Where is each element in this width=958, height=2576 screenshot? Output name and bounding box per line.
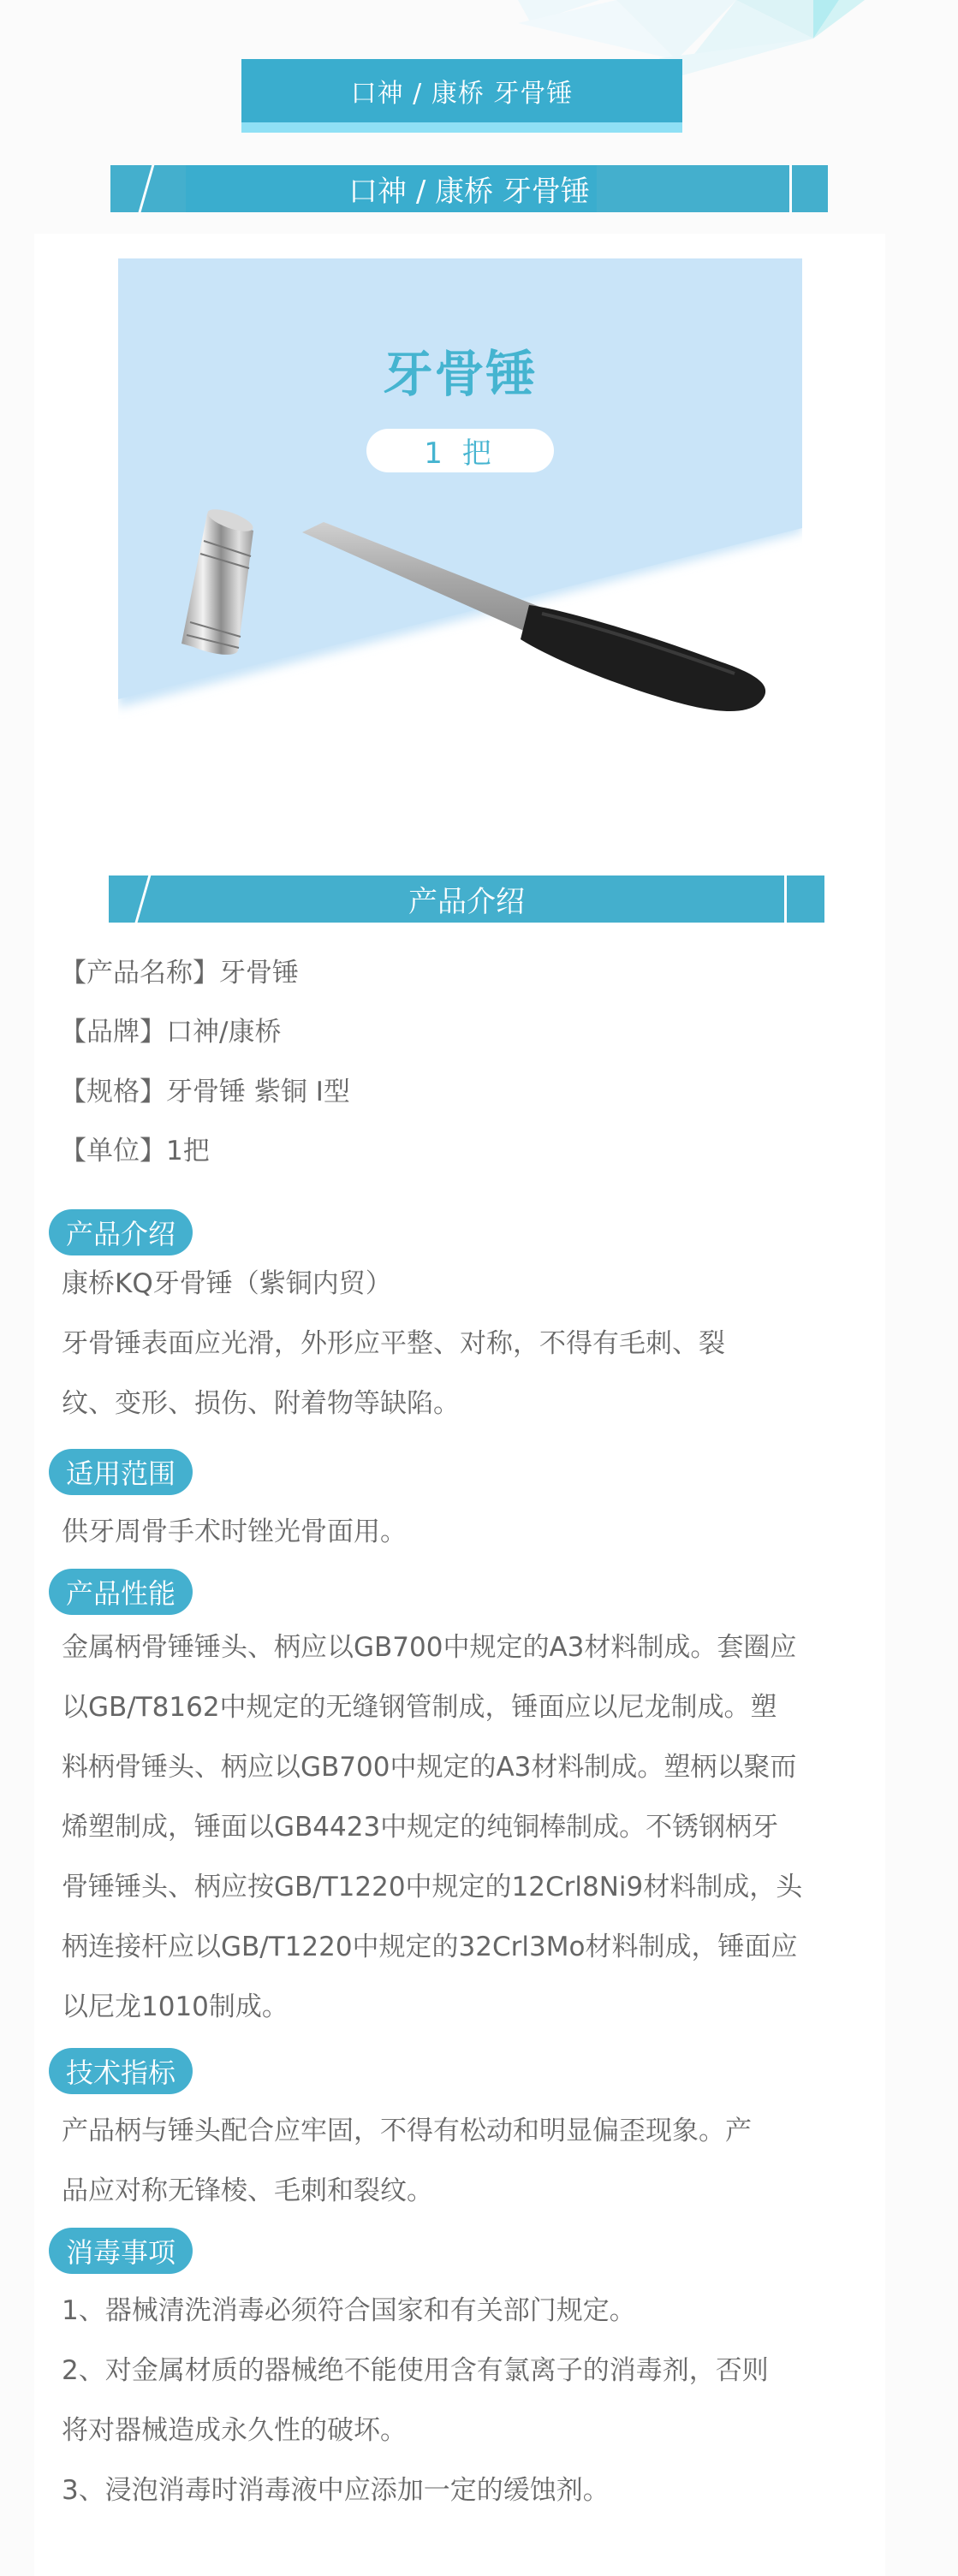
section-badge-intro: 产品介绍 (49, 1209, 193, 1255)
spec-product-name: 【产品名称】牙骨锤 (60, 956, 299, 990)
section-text-line: 将对器械造成永久性的破坏。 (62, 2413, 407, 2448)
banner-divider (784, 875, 787, 923)
section-text-line: 以尼龙1010制成。 (62, 1990, 289, 2024)
section-badge-performance: 产品性能 (49, 1569, 193, 1615)
section-text-line: 康桥KQ牙骨锤（紫铜内贸） (62, 1267, 392, 1301)
section-text-line: 3、浸泡消毒时消毒液中应添加一定的缓蚀剂。 (62, 2473, 610, 2508)
section-text-line: 纹、变形、损伤、附着物等缺陷。 (62, 1386, 460, 1421)
top-title-underline (241, 122, 682, 133)
section-text-line: 骨锤锤头、柄应按GB/T1220中规定的12Crl8Ni9材料制成，头 (62, 1870, 802, 1904)
product-intro-banner-title: 产品介绍 (408, 878, 525, 920)
subtitle-text: 口神 / 康桥 牙骨锤 (348, 168, 590, 210)
spec-unit: 【单位】1把 (60, 1134, 210, 1168)
spec-model: 【规格】牙骨锤 紫铜 I型 (60, 1075, 350, 1109)
quantity-pill: 1 把 (366, 429, 554, 472)
spec-brand: 【品牌】口神/康桥 (60, 1015, 281, 1049)
section-badge-disinfection: 消毒事项 (49, 2228, 193, 2274)
product-intro-banner: 产品介绍 (109, 875, 824, 923)
section-text-line: 柄连接杆应以GB/T1220中规定的32Crl3Mo材料制成，锤面应 (62, 1930, 797, 1964)
product-hero: 牙骨锤 1 把 (118, 258, 802, 721)
slash-decoration (134, 875, 152, 923)
section-badge-scope: 适用范围 (49, 1449, 193, 1495)
banner-divider (789, 165, 792, 212)
slash-decoration (138, 165, 155, 212)
top-title-banner: 口神 / 康桥 牙骨锤 (241, 59, 682, 122)
section-text-line: 1、器械清洗消毒必须符合国家和有关部门规定。 (62, 2294, 636, 2328)
section-text-line: 金属柄骨锤锤头、柄应以GB700中规定的A3材料制成。套圈应 (62, 1630, 796, 1665)
section-text-line: 供牙周骨手术时锉光骨面用。 (62, 1515, 407, 1549)
section-text-line: 产品柄与锤头配合应牢固，不得有松动和明显偏歪现象。产 (62, 2114, 752, 2148)
product-name-title: 牙骨锤 (118, 334, 802, 406)
top-title-text: 口神 / 康桥 牙骨锤 (351, 72, 574, 110)
section-text-line: 2、对金属材质的器械绝不能使用含有氯离子的消毒剂，否则 (62, 2353, 769, 2388)
hero-background (118, 258, 802, 721)
section-text-line: 牙骨锤表面应光滑，外形应平整、对称，不得有毛刺、裂 (62, 1327, 725, 1361)
subtitle-banner: 口神 / 康桥 牙骨锤 (110, 165, 828, 212)
section-text-line: 烯塑制成，锤面以GB4423中规定的纯铜棒制成。不锈钢柄牙 (62, 1810, 778, 1844)
section-text-line: 品应对称无锋棱、毛刺和裂纹。 (62, 2174, 433, 2208)
section-text-line: 料柄骨锤头、柄应以GB700中规定的A3材料制成。塑柄以聚而 (62, 1750, 796, 1784)
section-text-line: 以GB/T8162中规定的无缝钢管制成，锤面应以尼龙制成。塑 (62, 1690, 777, 1724)
section-badge-tech-specs: 技术指标 (49, 2048, 193, 2094)
